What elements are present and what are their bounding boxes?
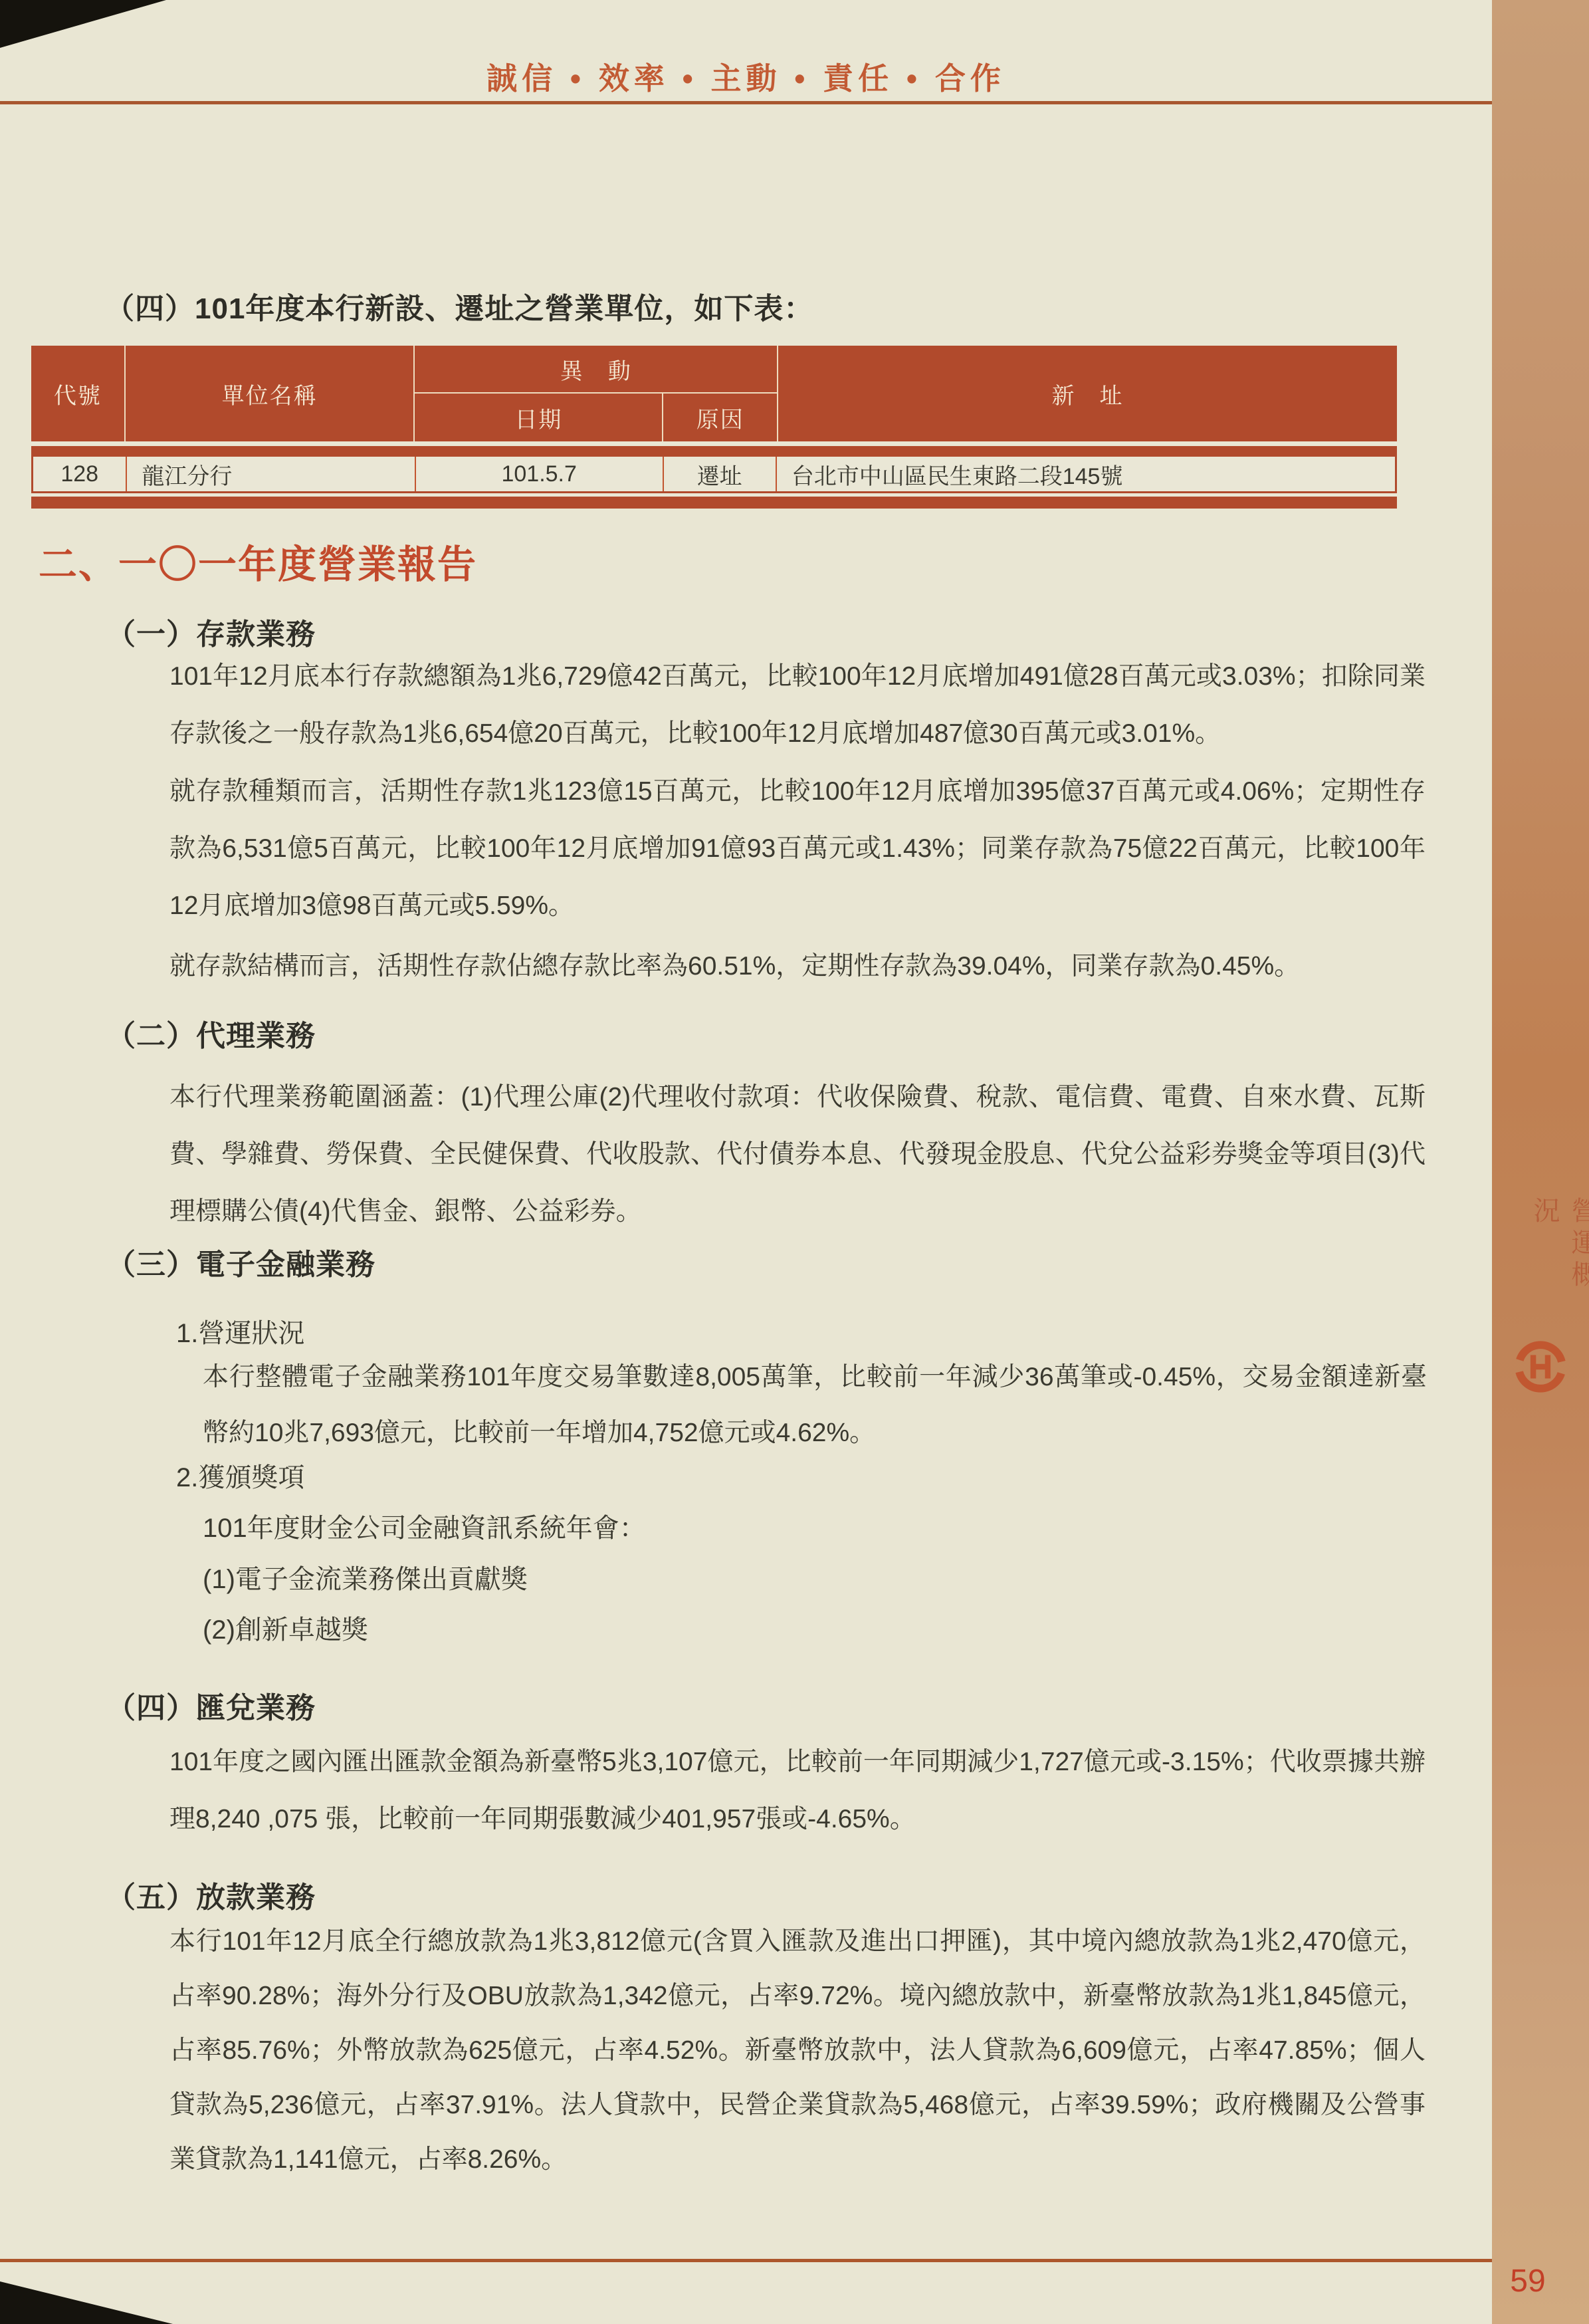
cell-new-address: 台北市中山區民生東路二段145號: [777, 457, 1395, 491]
award-item-1: (1)電子金流業務傑出貢獻獎: [203, 1558, 528, 1596]
e-banking-sub1-paragraph: 本行整體電子金融業務101年度交易筆數達8,005萬筆，比較前一年減少36萬筆或…: [203, 1349, 1427, 1461]
cell-reason: 遷址: [664, 457, 777, 491]
page-edge-strip: [1492, 0, 1589, 2324]
section-title-e-banking: （三）電子金融業務: [106, 1240, 375, 1283]
report-heading: 二、一〇一年度營業報告: [39, 533, 477, 589]
cell-code: 128: [33, 457, 127, 491]
cell-date: 101.5.7: [416, 457, 664, 491]
cell-unit-name: 龍江分行: [127, 457, 415, 491]
page-number: 59: [1498, 2263, 1558, 2299]
remittance-paragraph: 101年度之國內匯出匯款金額為新臺幣5兆3,107億元，比較前一年同期減少1,7…: [169, 1734, 1426, 1848]
header-rule: [0, 101, 1492, 104]
col-header-code: 代號: [31, 346, 126, 441]
scanned-annual-report-page: { "page": { "slogan": "誠信 • 效率 • 主動 • 責任…: [0, 0, 1589, 2324]
deposits-paragraph-1: 101年12月底本行存款總額為1兆6,729億42百萬元，比較100年12月底增…: [169, 648, 1426, 762]
award-intro-line: 101年度財金公司金融資訊系統年會：: [203, 1507, 646, 1545]
table-bottom-bar: [31, 497, 1397, 509]
new-branch-section-title: （四）101年度本行新設、遷址之營業單位，如下表：: [105, 285, 813, 327]
footer-rule: [0, 2259, 1492, 2262]
table-row: 128 龍江分行 101.5.7 遷址 台北市中山區民生東路二段145號: [31, 455, 1397, 493]
loans-paragraph: 本行101年12月底全行總放款為1兆3,812億元(含買入匯款及進出口押匯)，其…: [169, 1915, 1426, 2187]
e-banking-sub1-title: 1.營運狀況: [176, 1312, 304, 1350]
header-slogan: 誠信 • 效率 • 主動 • 責任 • 合作: [0, 55, 1492, 98]
section-title-agency: （二）代理業務: [106, 1012, 316, 1054]
agency-paragraph: 本行代理業務範圍涵蓋：(1)代理公庫(2)代理收付款項：代收保險費、稅款、電信費…: [169, 1069, 1426, 1240]
branch-change-table: 代號 單位名稱 異 動 日期 原因 新 址 128 龍江分行 101.5.7 遷…: [31, 346, 1397, 509]
col-header-unit-name: 單位名稱: [126, 346, 415, 441]
scan-corner-artifact-top-left: [0, 0, 166, 48]
deposits-paragraph-2: 就存款種類而言，活期性存款1兆123億15百萬元，比較100年12月底增加395…: [169, 763, 1426, 935]
table-divider-bar: [31, 446, 1397, 455]
table-divider-gap: [31, 441, 1397, 446]
col-header-reason: 原因: [663, 394, 777, 441]
table-header-row: 代號 單位名稱 異 動 日期 原因 新 址: [31, 346, 1397, 441]
e-banking-sub2-title: 2.獲頒獎項: [176, 1456, 304, 1494]
section-title-remittance: （四）匯兌業務: [106, 1684, 316, 1726]
col-header-date: 日期: [415, 394, 663, 441]
col-header-change: 異 動: [415, 346, 777, 394]
huanan-bank-logo-icon: [1513, 1339, 1568, 1395]
award-item-2: (2)創新卓越獎: [203, 1609, 368, 1647]
sidebar-section-label: 營運概況: [1526, 1197, 1589, 1323]
col-header-new-address: 新 址: [777, 346, 1397, 441]
scan-corner-artifact-bottom-left: [0, 2281, 173, 2324]
deposits-paragraph-3: 就存款結構而言，活期性存款佔總存款比率為60.51%，定期性存款為39.04%，…: [169, 938, 1426, 995]
section-title-loans: （五）放款業務: [106, 1873, 316, 1916]
section-title-deposits: （一）存款業務: [106, 610, 316, 653]
